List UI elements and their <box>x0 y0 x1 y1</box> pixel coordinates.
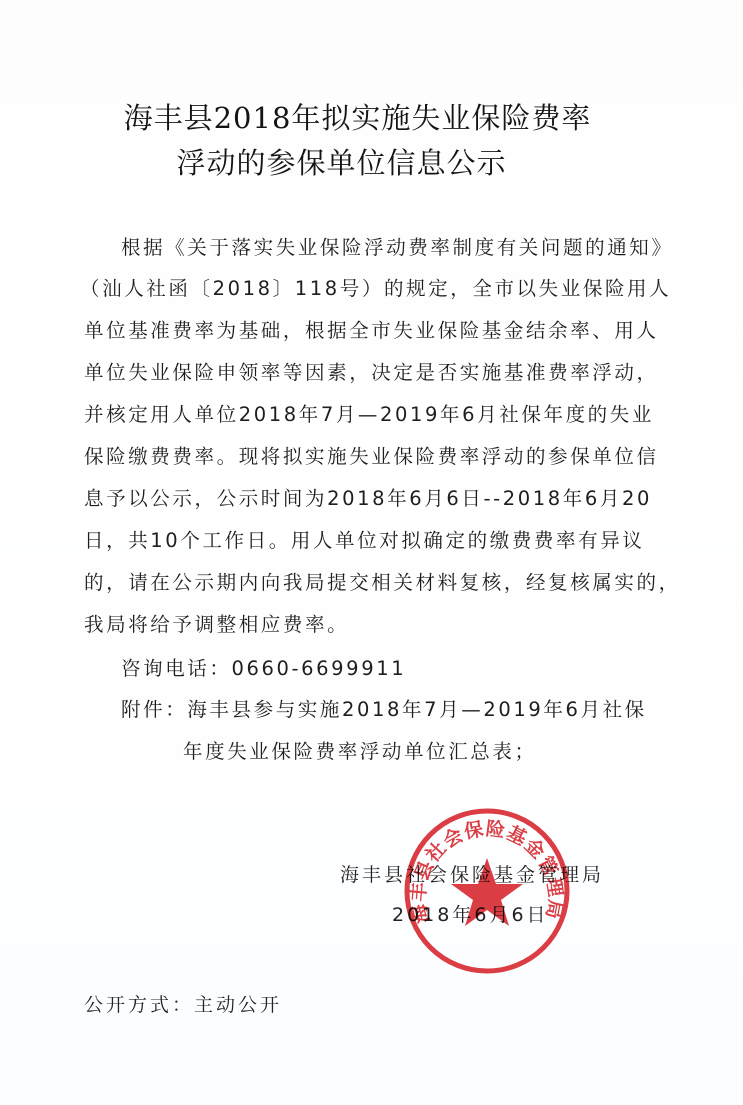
body-line: 并核定用人单位2018年7月—2019年6月社保年度的失业 <box>84 399 654 427</box>
attachment-line-2: 年度失业保险费率浮动单位汇总表； <box>183 736 537 764</box>
body-line: 单位基准费率为基础，根据全市失业保险基金结余率、用人 <box>84 315 659 343</box>
body-line: 息予以公示，公示时间为2018年6月6日--2018年6月20 <box>84 483 652 511</box>
body-line: 单位失业保险申领率等因素，决定是否实施基准费率浮动， <box>84 357 659 385</box>
body-line: 的，请在公示期内向我局提交相关材料复核，经复核属实的， <box>84 567 681 595</box>
official-seal: 海丰县社会保险基金管理局 <box>402 806 572 976</box>
attachment-line-1: 附件：海丰县参与实施2018年7月—2019年6月社保 <box>121 694 647 722</box>
body-line: 日，共10个工作日。用人单位对拟确定的缴费费率有异议 <box>84 525 644 553</box>
document-title-line-1: 海丰县2018年拟实施失业保险费率 <box>0 96 729 137</box>
star-icon <box>451 858 523 926</box>
body-line: 我局将给予调整相应费率。 <box>84 609 349 637</box>
contact-phone: 咨询电话：0660-6699911 <box>121 653 406 681</box>
disclosure-method: 公开方式：主动公开 <box>84 990 282 1017</box>
body-line: （汕人社函〔2018〕118号）的规定，全市以失业保险用人 <box>80 273 671 301</box>
document-page: 海丰县2018年拟实施失业保险费率 浮动的参保单位信息公示 根据《关于落实失业保… <box>0 0 743 1105</box>
document-title-line-2: 浮动的参保单位信息公示 <box>0 141 713 182</box>
body-line: 保险缴费费率。现将拟实施失业保险费率浮动的参保单位信 <box>84 441 659 469</box>
body-line: 根据《关于落实失业保险浮动费率制度有关问题的通知》 <box>121 232 674 260</box>
